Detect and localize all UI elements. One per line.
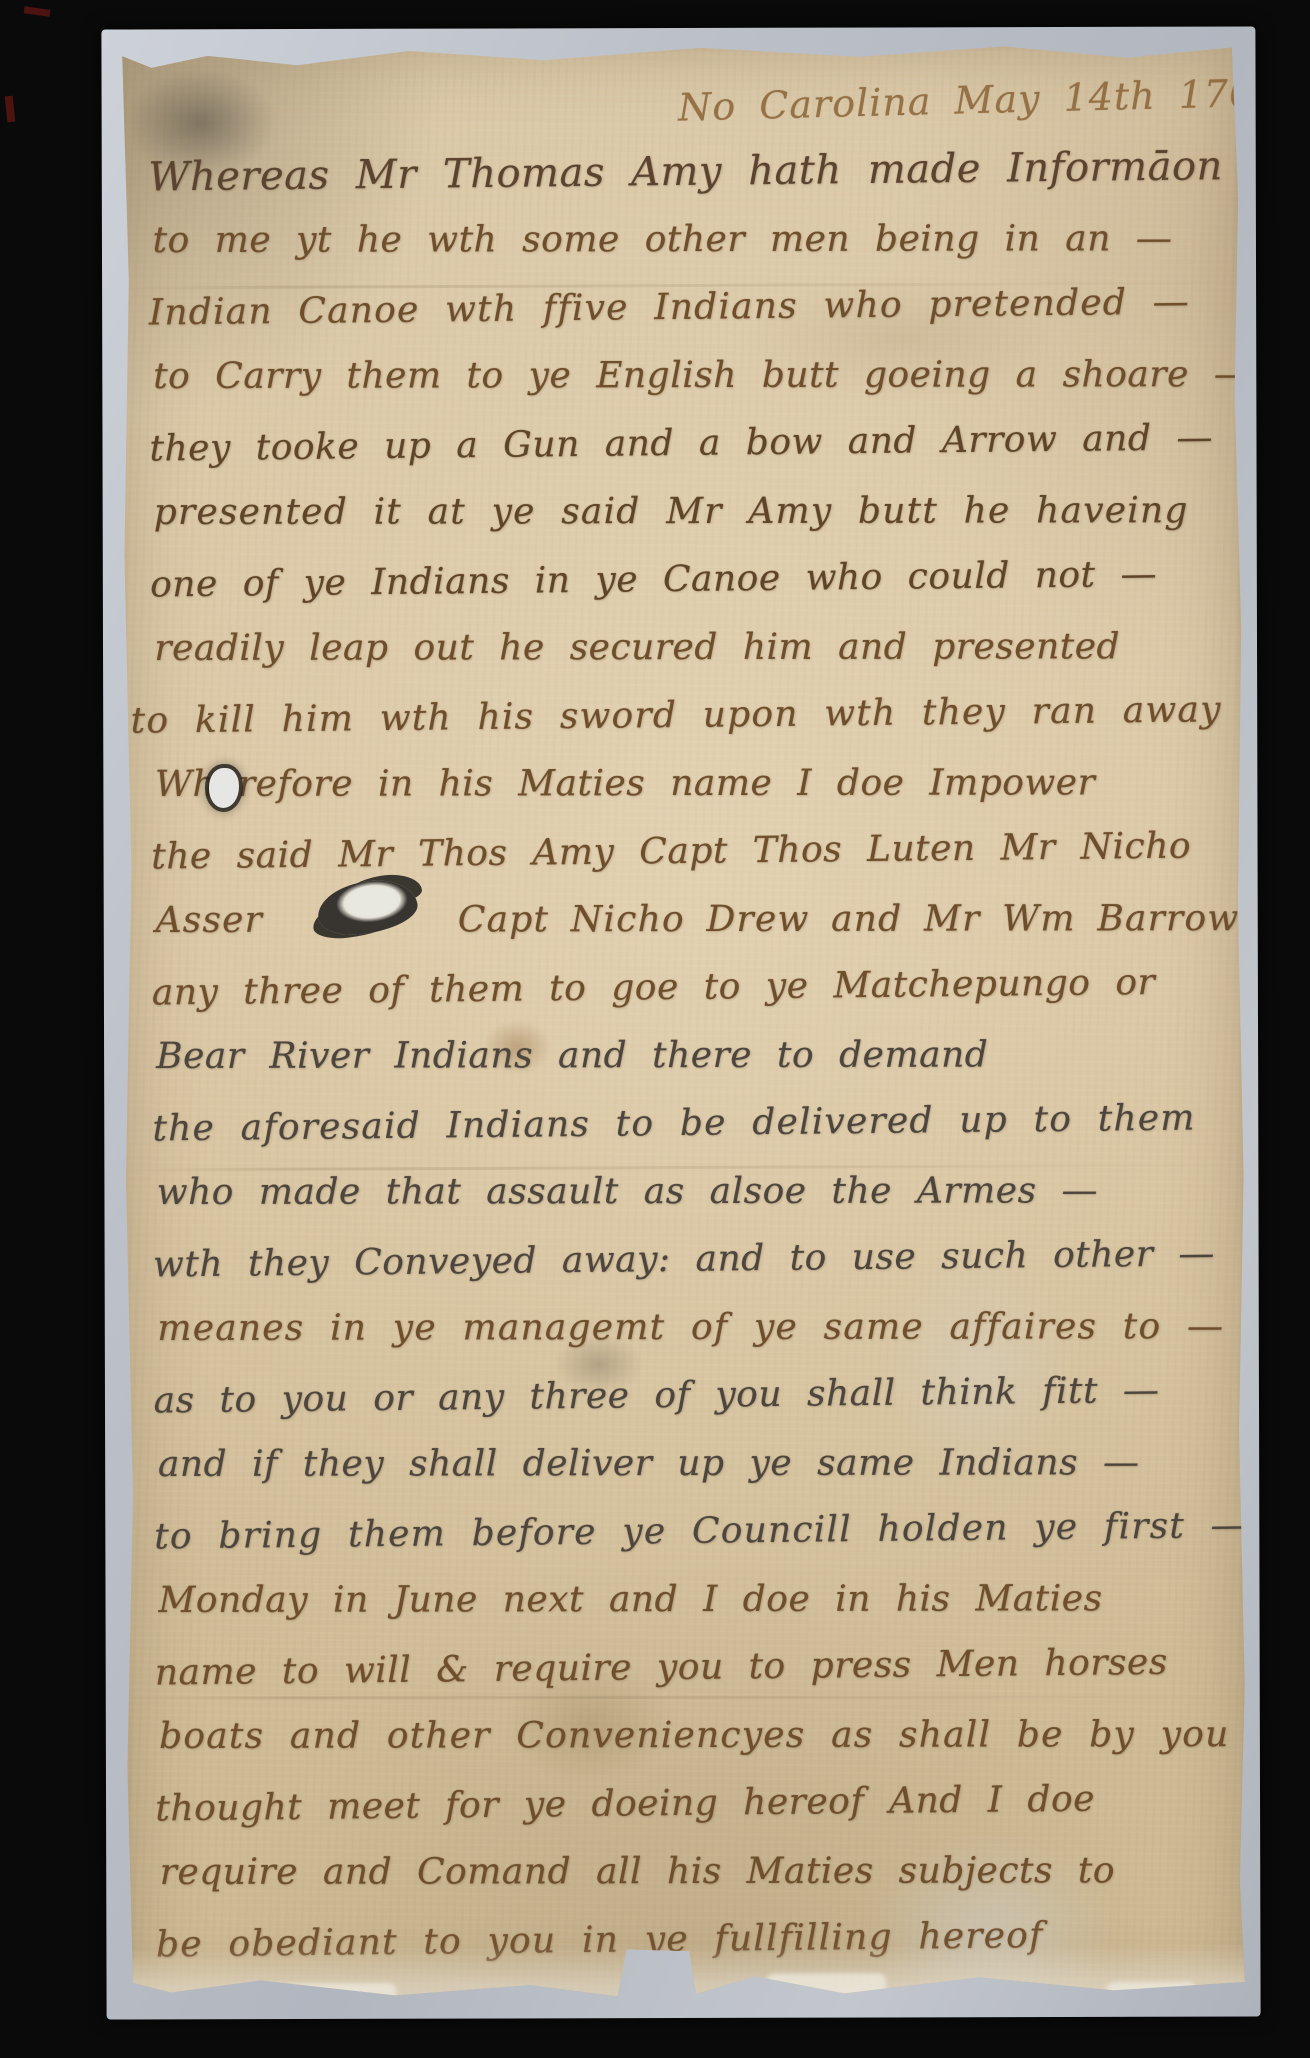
manuscript-line: as to you or any three of you shall thin… — [123, 1356, 1216, 1435]
manuscript-line: and if they shall deliver up ye same Ind… — [128, 1429, 1220, 1499]
manuscript-line: the aforesaid Indians to be delivered up… — [122, 1084, 1215, 1163]
manuscript-line: name to will & require you to press Men … — [124, 1628, 1217, 1707]
manuscript-line: Monday in June next and I doe in his Mat… — [128, 1565, 1220, 1635]
manuscript-line: readily leap out he secured him and pres… — [124, 613, 1216, 683]
manuscript-line: boats and other Conveniencyes as shall b… — [129, 1701, 1221, 1771]
scan-background: No Carolina May 14th 1705 Whereas Mr Tho… — [0, 0, 1310, 2058]
manuscript-line: wth they Conveyed away: and to use such … — [123, 1220, 1216, 1299]
manuscript-line: Indian Canoe wth ffive Indians who prete… — [119, 268, 1212, 347]
manuscript-line: Bear River Indians and there to demand — [126, 1021, 1218, 1091]
manuscript-line: Wherefore in his Maties name I doe Impow… — [125, 749, 1217, 819]
letter-body: Whereas Mr Thomas Amy hath made Informāo… — [118, 136, 1218, 1977]
manuscript-line: Whereas Mr Thomas Amy hath made Informāo… — [118, 132, 1211, 211]
manuscript-line: who made that assault as alsoe the Armes… — [127, 1157, 1219, 1227]
manuscript-line: to me yt he wth some other men being in … — [123, 205, 1215, 275]
dateline: No Carolina May 14th 1705 — [677, 64, 1218, 138]
corner-mark — [24, 6, 51, 17]
corner-mark — [5, 96, 16, 123]
manuscript-page: No Carolina May 14th 1705 Whereas Mr Tho… — [118, 42, 1249, 2003]
manuscript-line: the said Mr Thos Amy Capt Thos Luten Mr … — [121, 812, 1214, 891]
manuscript-line: meanes in ye managemt of ye same affaire… — [127, 1293, 1219, 1363]
manuscript-line: thought meet for ye doeing hereof And I … — [125, 1764, 1218, 1843]
manuscript-line: presented it at ye said Mr Amy butt he h… — [124, 477, 1216, 547]
manuscript-line: to kill him wth his sword upon wth they … — [120, 676, 1213, 755]
manuscript-line: require and Comand all his Maties subjec… — [130, 1837, 1222, 1907]
manuscript-line: any three of them to goe to ye Matchepun… — [122, 948, 1215, 1027]
manuscript-line: they tooke up a Gun and a bow and Arrow … — [119, 404, 1212, 483]
manuscript-line: one of ye Indians in ye Canoe who could … — [120, 540, 1213, 619]
manuscript-line: to Carry them to ye English butt goeing … — [123, 341, 1215, 411]
manuscript-line: Asser Capt Nicho Drew and Mr Wm Barrow o… — [125, 885, 1217, 955]
manuscript-line: to bring them before ye Councill holden … — [124, 1492, 1217, 1571]
